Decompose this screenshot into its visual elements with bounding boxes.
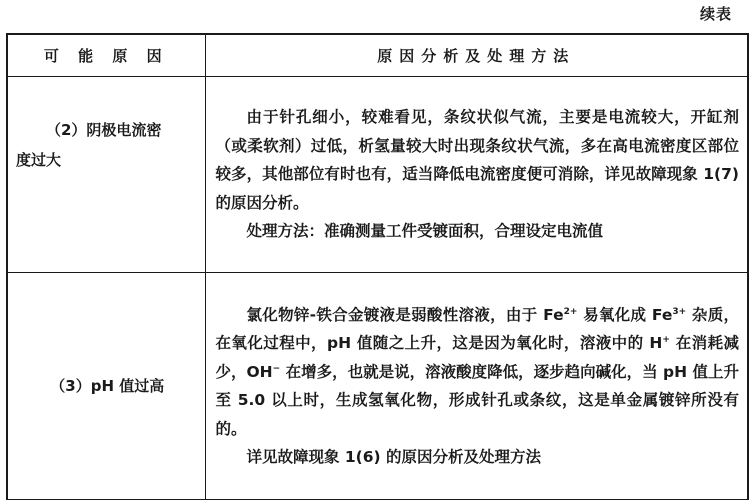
table-row: （3）pH 值过高 氯化物锌-铁合金镀液是弱酸性溶液，由于 Fe2+ 易氧化成 … <box>7 273 748 500</box>
superscript-charge: 3+ <box>672 307 686 317</box>
header-possible-cause: 可 能 原 因 <box>7 34 205 77</box>
cause-cell: （2）阴极电流密 度过大 <box>7 77 205 273</box>
analysis-text-part: 易氧化成 Fe <box>577 306 672 324</box>
cause-cell: （3）pH 值过高 <box>7 273 205 500</box>
superscript-charge: + <box>662 335 670 345</box>
continued-table-label: 续表 <box>700 3 732 24</box>
analysis-cell: 由于针孔细小，较难看见，条纹状似气流，主要是电流较大，开缸剂（或柔软剂）过低，析… <box>205 77 748 273</box>
analysis-text: 由于针孔细小，较难看见，条纹状似气流，主要是电流较大，开缸剂（或柔软剂）过低，析… <box>216 103 740 217</box>
header-analysis-method: 原因分析及处理方法 <box>205 34 748 77</box>
superscript-charge: − <box>273 364 281 374</box>
cause-spacer <box>16 175 199 235</box>
cause-text-line2: 度过大 <box>16 145 199 175</box>
analysis-cell: 氯化物锌-铁合金镀液是弱酸性溶液，由于 Fe2+ 易氧化成 Fe3+ 杂质，在氧… <box>205 273 748 500</box>
cause-text: （3）pH 值过高 <box>50 377 164 395</box>
analysis-text-part: 氯化物锌-铁合金镀液是弱酸性溶液，由于 Fe <box>247 306 564 324</box>
cause-text-line1: （2）阴极电流密 <box>16 115 199 145</box>
method-text: 详见故障现象 1(6) 的原因分析及处理方法 <box>216 443 740 472</box>
table-row: （2）阴极电流密 度过大 由于针孔细小，较难看见，条纹状似气流，主要是电流较大，… <box>7 77 748 273</box>
analysis-text-part: 在增多，也就是说，溶液酸度降低，逐步趋向碱化，当 pH 值上升至 5.0 以上时… <box>216 363 740 438</box>
table-header-row: 可 能 原 因 原因分析及处理方法 <box>7 34 748 77</box>
method-text: 处理方法：准确测量工件受镀面积，合理设定电流值 <box>216 217 740 246</box>
analysis-text: 氯化物锌-铁合金镀液是弱酸性溶液，由于 Fe2+ 易氧化成 Fe3+ 杂质，在氧… <box>216 301 740 444</box>
superscript-charge: 2+ <box>564 307 578 317</box>
fault-cause-table: 可 能 原 因 原因分析及处理方法 （2）阴极电流密 度过大 由于针孔细小，较难… <box>6 33 749 500</box>
